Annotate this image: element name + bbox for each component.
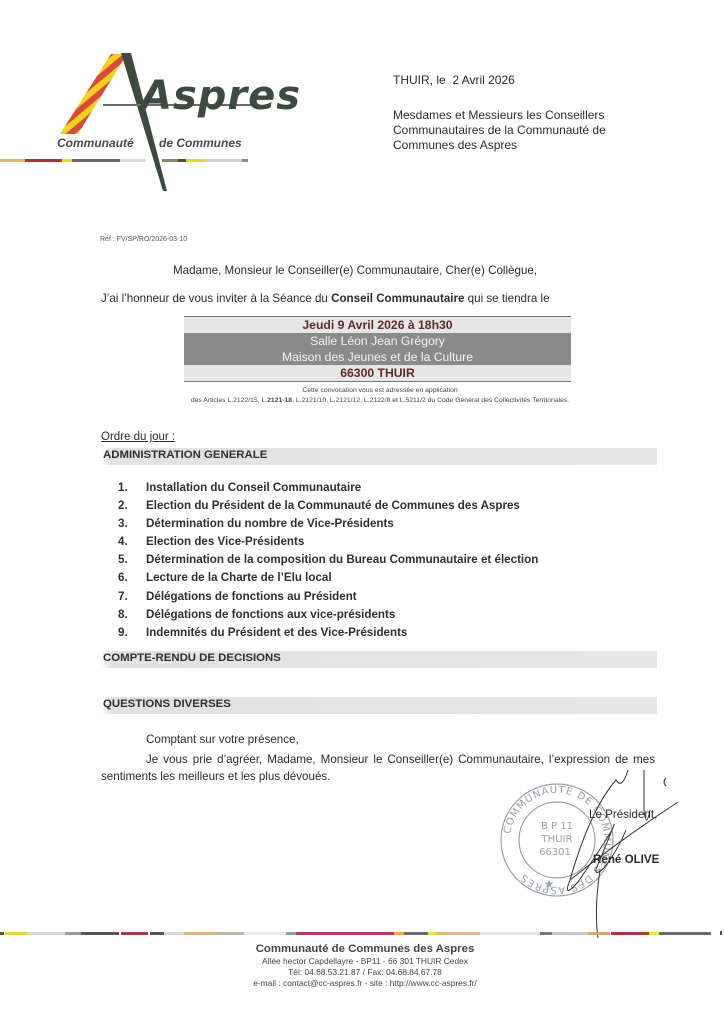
item-text: Lecture de la Charte de l’Elu local bbox=[146, 571, 332, 584]
item-text: Délégations de fonctions au Président bbox=[146, 590, 357, 603]
agenda-title: Ordre du jour : bbox=[101, 431, 175, 443]
event-city: 66300 THUIR bbox=[184, 365, 571, 381]
item-number: 5. bbox=[118, 551, 146, 569]
legal-line-1: Cette convocation vous est adressée en a… bbox=[150, 386, 610, 396]
list-item: 5.Détermination de la composition du Bur… bbox=[118, 551, 538, 569]
legal-notice: Cette convocation vous est adressée en a… bbox=[150, 386, 610, 406]
footer-color-stripe bbox=[0, 931, 724, 935]
list-item: 7.Délégations de fonctions au Président bbox=[118, 588, 538, 606]
legal-line-2: des Articles L.2122/15, L.2121-18, L.212… bbox=[150, 396, 610, 406]
logo-subtitle-right: de Communes bbox=[159, 136, 242, 150]
footer-org-name: Communauté de Communes des Aspres bbox=[210, 942, 520, 956]
agenda-list: 1.Installation du Conseil Communautaire … bbox=[118, 479, 538, 642]
intro-after: qui se tiendra le bbox=[464, 292, 549, 305]
footer-address: Allée hector Capdellayre - BP11 - 66 301… bbox=[210, 956, 520, 967]
item-text: Election des Vice-Présidents bbox=[146, 535, 304, 548]
recipients-line: Communautaires de la Communauté de bbox=[393, 123, 606, 138]
recipients-line: Communes des Aspres bbox=[393, 138, 606, 153]
item-number: 6. bbox=[118, 569, 146, 587]
city-date: THUIR, le 2 Avril 2026 bbox=[393, 73, 515, 87]
item-number: 8. bbox=[118, 606, 146, 624]
list-item: 4.Election des Vice-Présidents bbox=[118, 533, 538, 551]
item-text: Indemnités du Président et des Vice-Prés… bbox=[146, 626, 407, 639]
item-number: 1. bbox=[118, 479, 146, 497]
item-number: 7. bbox=[118, 588, 146, 606]
legal-text: , L.2121/10, L.2121/12, L.2122/8 et L.52… bbox=[292, 397, 569, 404]
legal-bold-article: 2121-18 bbox=[267, 397, 292, 404]
intro-before: J’ai l’honneur de vous inviter à la Séan… bbox=[101, 292, 331, 305]
section-title: QUESTIONS DIVERSES bbox=[103, 698, 231, 710]
item-text: Election du Président de la Communauté d… bbox=[146, 499, 520, 512]
list-item: 9.Indemnités du Président et des Vice-Pr… bbox=[118, 624, 538, 642]
item-text: Installation du Conseil Communautaire bbox=[146, 481, 361, 494]
section-title: ADMINISTRATION GENERALE bbox=[103, 449, 267, 461]
list-item: 2.Election du Président de la Communauté… bbox=[118, 497, 538, 515]
logo-a-mark-icon bbox=[0, 40, 280, 200]
event-venue: Maison des Jeunes et de la Culture bbox=[184, 349, 571, 365]
recipients-line: Mesdames et Messieurs les Conseillers bbox=[393, 108, 606, 123]
event-datetime: Jeudi 9 Avril 2026 à 18h30 bbox=[184, 317, 571, 333]
section-title: COMPTE-RENDU DE DECISIONS bbox=[103, 652, 281, 664]
item-number: 9. bbox=[118, 624, 146, 642]
intro-bold: Conseil Communautaire bbox=[331, 292, 464, 305]
item-text: Détermination du nombre de Vice-Présiden… bbox=[146, 517, 394, 530]
recipients: Mesdames et Messieurs les Conseillers Co… bbox=[393, 108, 606, 153]
item-text: Détermination de la composition du Burea… bbox=[146, 553, 538, 566]
item-number: 3. bbox=[118, 515, 146, 533]
legal-text: des Articles L.2122/15, L. bbox=[191, 397, 267, 404]
footer: Communauté de Communes des Aspres Allée … bbox=[210, 942, 520, 989]
salutation: Madame, Monsieur le Conseiller(e) Commun… bbox=[173, 264, 537, 277]
divider bbox=[184, 381, 571, 382]
section-header: ADMINISTRATION GENERALE bbox=[101, 448, 657, 465]
item-text: Délégations de fonctions aux vice-présid… bbox=[146, 608, 395, 621]
event-room: Salle Léon Jean Grégory bbox=[184, 333, 571, 349]
section-header: QUESTIONS DIVERSES bbox=[101, 697, 657, 714]
event-box: Jeudi 9 Avril 2026 à 18h30 Salle Léon Je… bbox=[184, 316, 571, 382]
item-number: 2. bbox=[118, 497, 146, 515]
list-item: 1.Installation du Conseil Communautaire bbox=[118, 479, 538, 497]
list-item: 8.Délégations de fonctions aux vice-prés… bbox=[118, 606, 538, 624]
logo-wordmark: Aspres bbox=[141, 73, 301, 119]
closing-line-1: Comptant sur votre présence, bbox=[146, 733, 299, 746]
list-item: 6.Lecture de la Charte de l’Elu local bbox=[118, 569, 538, 587]
svg-text:★: ★ bbox=[544, 877, 555, 891]
intro-text: J’ai l’honneur de vous inviter à la Séan… bbox=[101, 292, 550, 305]
reference: Réf : FV/SP/RO/2026-03-10 bbox=[100, 236, 187, 243]
logo: Aspres Communauté de Communes bbox=[0, 40, 280, 200]
handwritten-signature-icon bbox=[560, 770, 680, 940]
footer-phone: Tél: 04.68.53.21.87 / Fax: 04.68.84.67.7… bbox=[210, 967, 520, 978]
logo-subtitle-left: Communauté bbox=[57, 136, 134, 150]
list-item: 3.Détermination du nombre de Vice-Présid… bbox=[118, 515, 538, 533]
footer-contact: e-mail : contact@cc-aspres.fr - site : h… bbox=[210, 978, 520, 989]
section-header: COMPTE-RENDU DE DECISIONS bbox=[101, 651, 657, 668]
item-number: 4. bbox=[118, 533, 146, 551]
